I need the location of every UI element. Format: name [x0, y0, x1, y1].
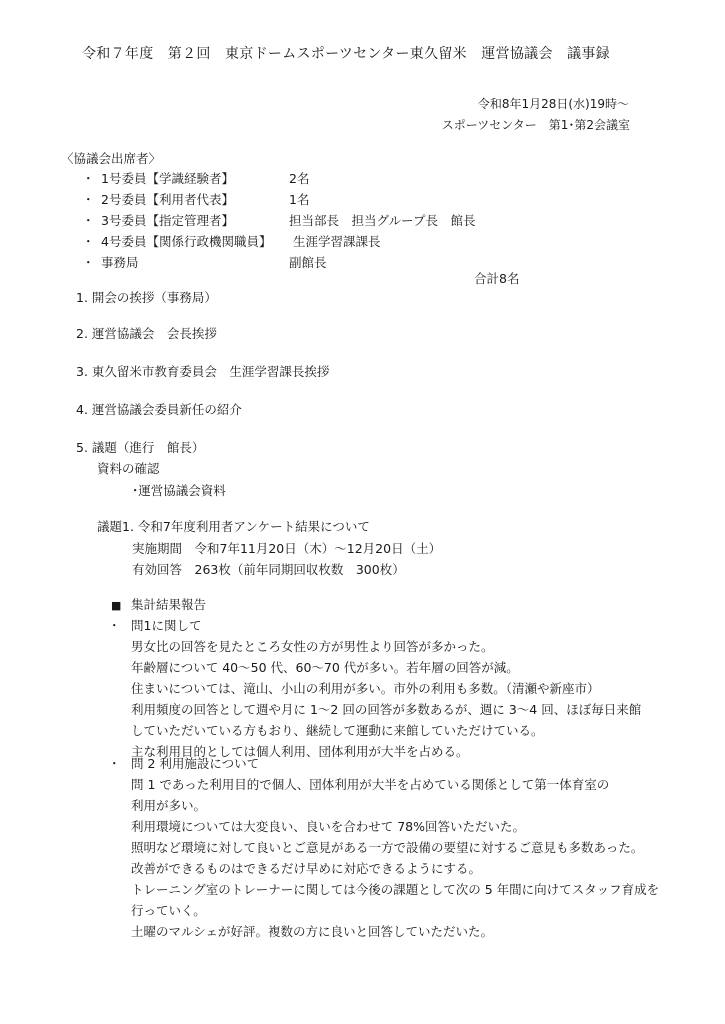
- meeting-location: スポーツセンター 第1･第2会議室: [442, 119, 630, 131]
- q2-line: 改善ができるものはできるだけ早めに対応できるようにする。: [131, 863, 481, 876]
- attendee-role: 2号委員【利用者代表】: [101, 194, 234, 207]
- q2-line: トレーニング室のトレーナーに関しては今後の課題として次の 5 年間に向けてスタッ…: [131, 884, 659, 897]
- attendee-value: 2名: [289, 173, 309, 186]
- square-bullet-icon: ■: [111, 600, 121, 611]
- q2-line: 問 1 であった利用目的で個人、団体利用が大半を占めている関係として第一体育室の: [131, 779, 609, 792]
- agenda-item-2: 2. 運営協議会 会長挨拶: [76, 328, 217, 341]
- q1-line: 利用頻度の回答として週や月に 1～2 回の回答が多数あるが、週に 3～4 回、ほ…: [131, 704, 641, 717]
- materials-heading: 資料の確認: [97, 463, 160, 476]
- topic1-title: 議題1. 令和7年度利用者アンケート結果について: [97, 521, 370, 534]
- attendees-heading: 〈協議会出席者〉: [61, 153, 161, 166]
- q1-line: 男女比の回答を見たところ女性の方が男性より回答が多かった。: [131, 641, 494, 654]
- attendee-role: 1号委員【学識経験者】: [101, 173, 234, 186]
- bullet: ・: [82, 173, 95, 186]
- attendee-value: 1名: [289, 194, 309, 207]
- topic1-period: 実施期間 令和7年11月20日（木）～12月20日（土）: [132, 543, 441, 556]
- bullet: ・: [82, 194, 95, 207]
- attendee-role: 事務局: [101, 257, 139, 270]
- document-title: 令和７年度 第２回 東京ドームスポーツセンター東久留米 運営協議会 議事録: [82, 47, 610, 61]
- agenda-item-3: 3. 東久留米市教育委員会 生涯学習課長挨拶: [76, 366, 329, 379]
- report-heading: 集計結果報告: [131, 599, 206, 612]
- q1-title: 問1に関して: [131, 620, 201, 633]
- attendee-value: 生涯学習課課長: [293, 236, 381, 249]
- q2-line: 行っていく。: [131, 905, 206, 918]
- meeting-datetime: 令和8年1月28日(水)19時～: [478, 98, 629, 110]
- materials-item: ･運営協議会資料: [132, 485, 226, 498]
- q2-title: 問 2 利用施設について: [131, 758, 259, 771]
- bullet: ・: [108, 620, 121, 633]
- agenda-item-1: 1. 開会の挨拶（事務局）: [76, 292, 217, 305]
- bullet: ・: [82, 236, 95, 249]
- q2-line: 利用環境については大変良い、良いを合わせて 78%回答いただいた。: [131, 821, 525, 834]
- agenda-item-4: 4. 運営協議会委員新任の紹介: [76, 404, 242, 417]
- q2-line: 土曜のマルシェが好評。複数の方に良いと回答していただいた。: [131, 926, 493, 939]
- topic1-responses: 有効回答 263枚（前年同期回収枚数 300枚）: [132, 564, 405, 577]
- attendee-role: 4号委員【関係行政機関職員】: [101, 236, 271, 249]
- agenda-item-5: 5. 議題（進行 館長）: [76, 442, 204, 455]
- bullet: ・: [82, 215, 95, 228]
- bullet: ・: [82, 257, 95, 270]
- attendee-value: 担当部長 担当グループ長 館長: [289, 215, 476, 228]
- attendee-role: 3号委員【指定管理者】: [101, 215, 234, 228]
- q1-line: 年齢層について 40～50 代、60～70 代が多い。若年層の回答が減。: [131, 662, 519, 675]
- bullet: ・: [108, 758, 121, 771]
- q2-line: 利用が多い。: [131, 800, 206, 813]
- q2-line: 照明など環境に対して良いとご意見がある一方で設備の要望に対するご意見も多数あった…: [131, 842, 643, 855]
- q1-line: 住まいについては、滝山、小山の利用が多い。市外の利用も多数。（清瀬や新座市）: [131, 683, 600, 696]
- attendees-total: 合計8名: [474, 273, 519, 286]
- q1-line: していただいている方もおり、継続して運動に来館していただけている。: [131, 725, 544, 738]
- attendee-value: 副館長: [289, 257, 327, 270]
